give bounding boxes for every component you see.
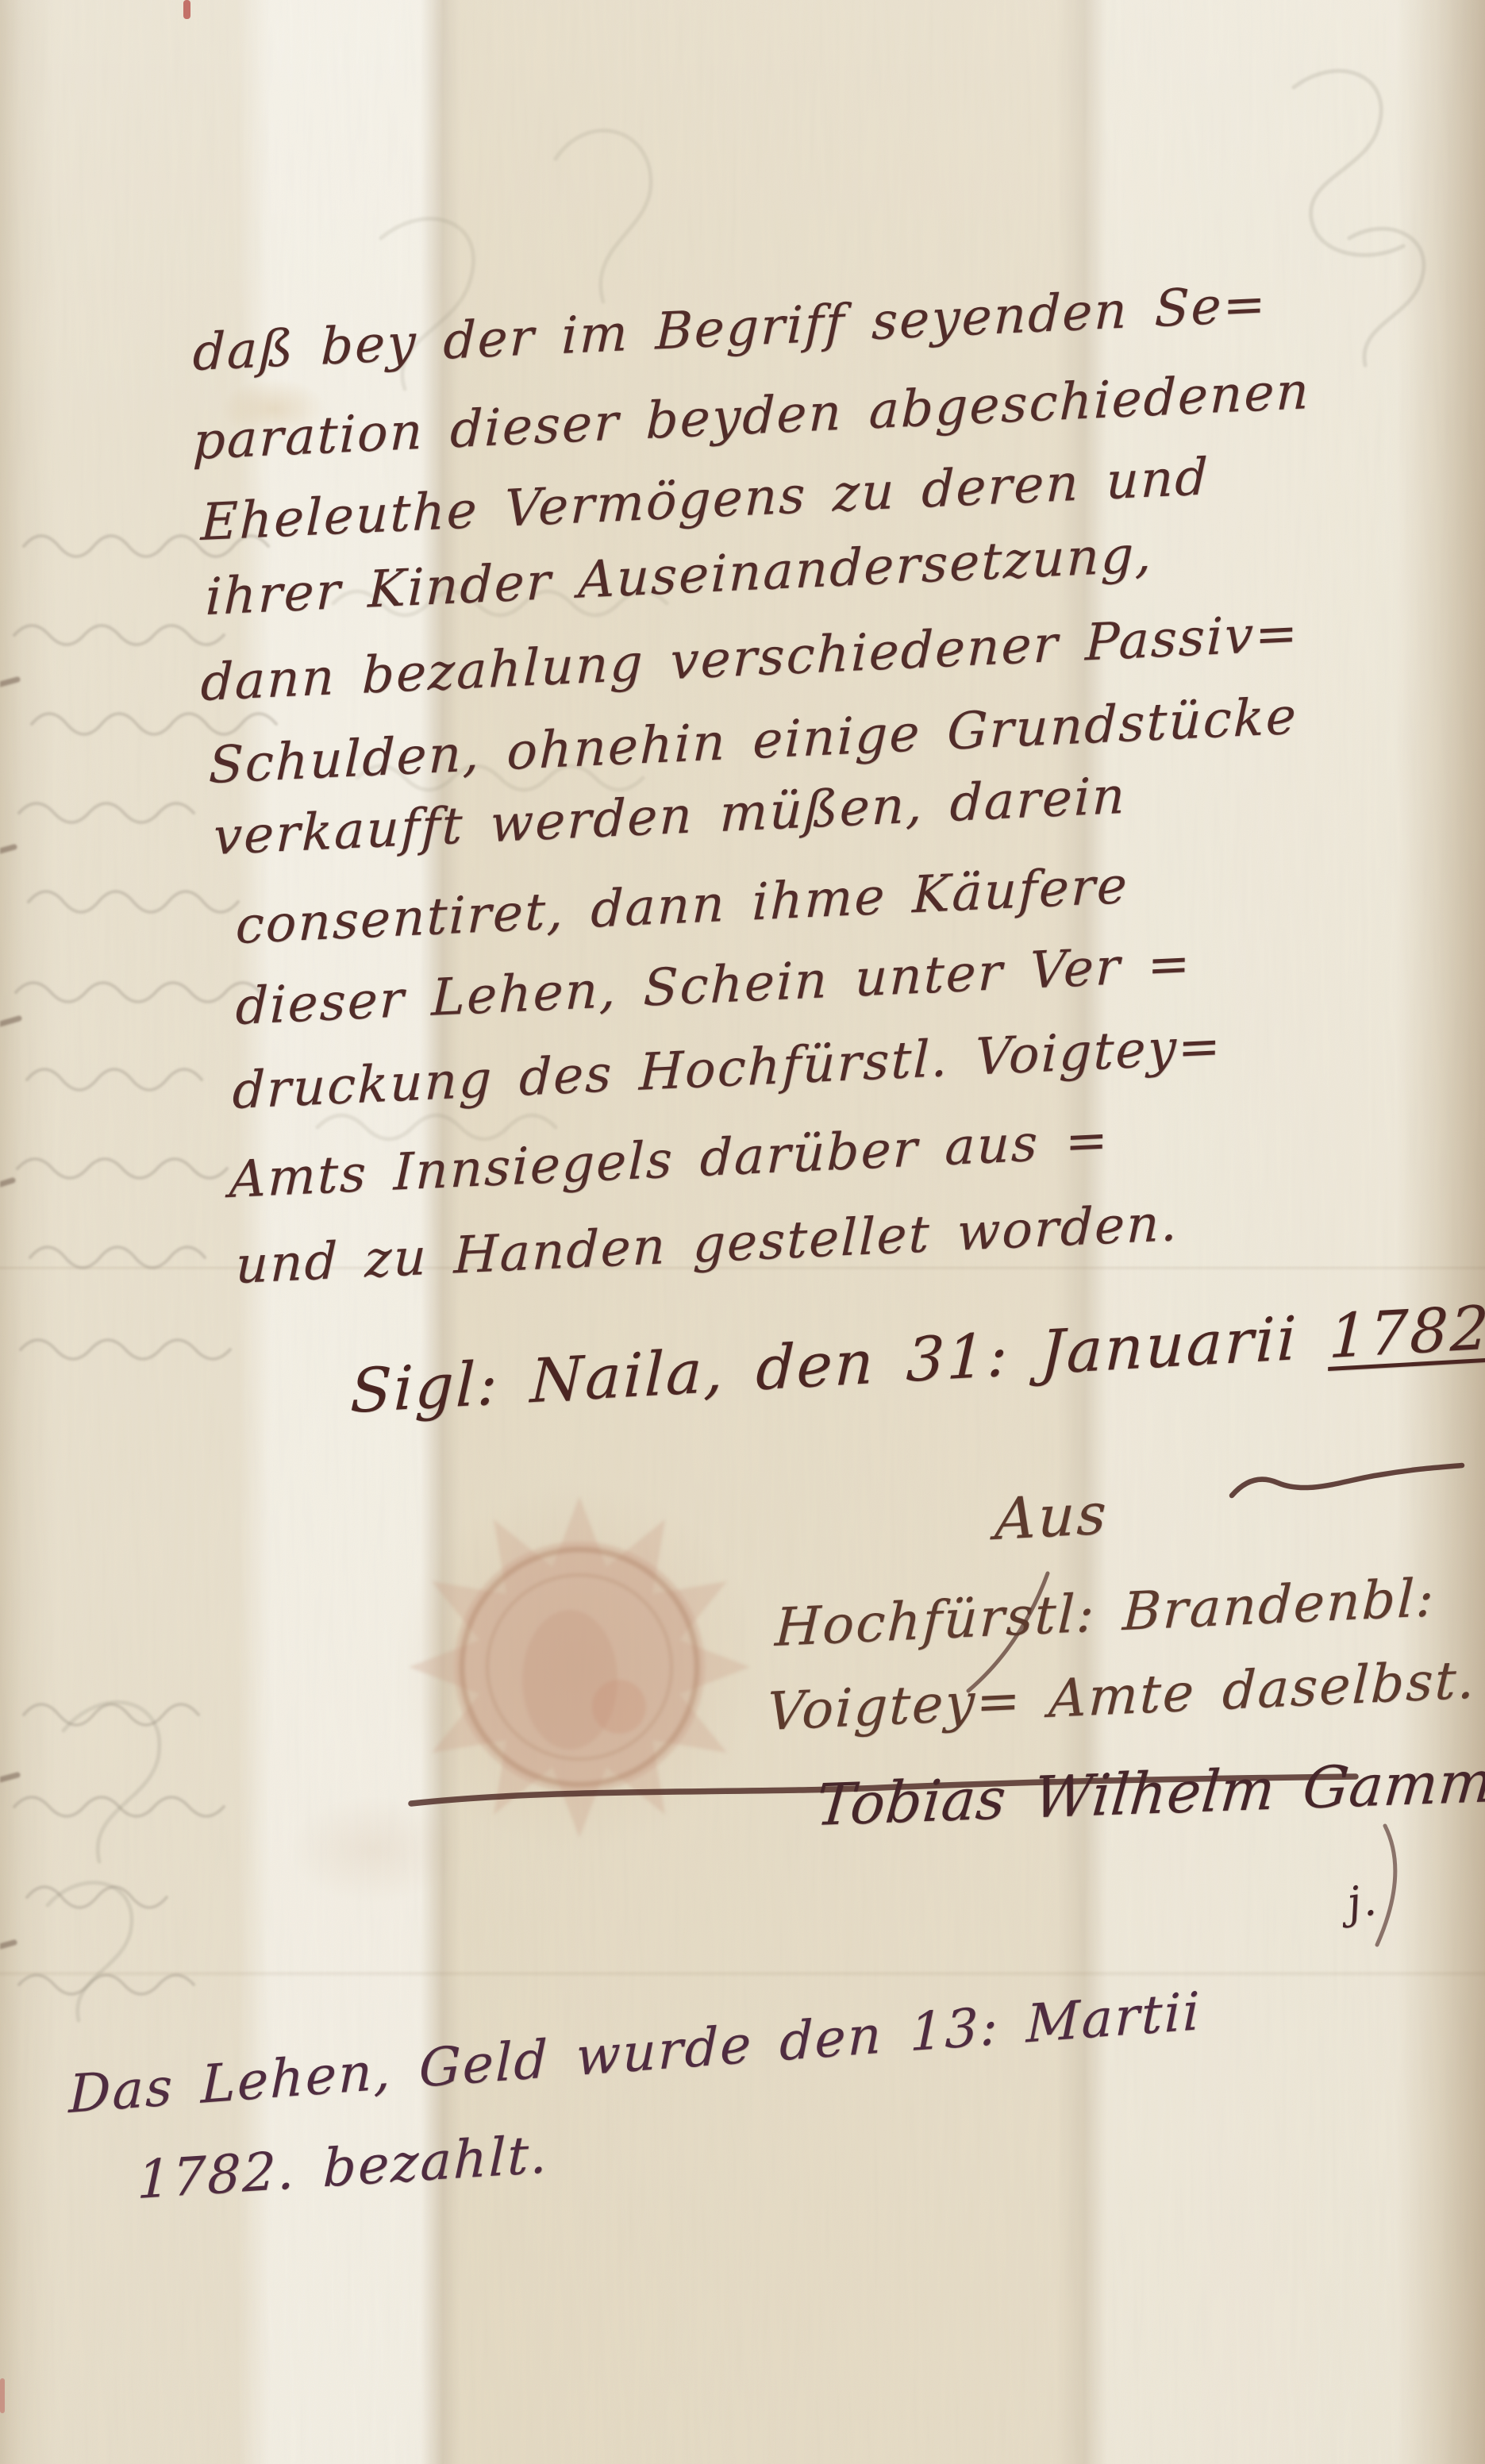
- manuscript-photo: daß bey der im Begriff seyenden Se= para…: [0, 0, 1485, 2464]
- closing-line: Aus: [994, 1480, 1110, 1553]
- payment-note-line: 1782. bezahlt.: [137, 2123, 549, 2211]
- closing-line: Voigtey= Amte daselbst.: [766, 1649, 1477, 1742]
- signature-tail-stroke: [1377, 1826, 1395, 1945]
- signature-paraph: j.: [1344, 1874, 1380, 1928]
- red-edge-mark: [183, 0, 190, 19]
- year-underline-stroke: [1232, 1465, 1462, 1496]
- payment-note-line: Das Lehen, Geld wurde den 13: Martii: [68, 1981, 1202, 2125]
- closing-line: Hochfürstl: Brandenbl:: [774, 1567, 1437, 1658]
- dateline-year-underlined: 1782: [1328, 1292, 1485, 1372]
- manuscript-line: consentiret, dann ihme Käufere: [235, 857, 1129, 956]
- dateline: Sigl: Naila, den 31: Januarii 1782: [349, 1292, 1485, 1426]
- manuscript-line: und zu Handen gestellet worden.: [235, 1194, 1179, 1296]
- manuscript-line: daß bey der im Begriff seyenden Se=: [192, 275, 1268, 383]
- red-edge-mark: [0, 2378, 5, 2413]
- signature: Tobias Wilhelm Gammerth: [814, 1743, 1485, 1838]
- manuscript-line: dieser Lehen, Schein unter Ver =: [235, 934, 1192, 1037]
- manuscript-line: druckung des Hochfürstl. Voigtey=: [232, 1017, 1223, 1121]
- embossed-seal: [357, 1445, 802, 1889]
- manuscript-line: Amts Innsiegels darüber aus =: [229, 1111, 1110, 1210]
- dateline-place-date: Sigl: Naila, den 31: Januarii: [349, 1301, 1330, 1426]
